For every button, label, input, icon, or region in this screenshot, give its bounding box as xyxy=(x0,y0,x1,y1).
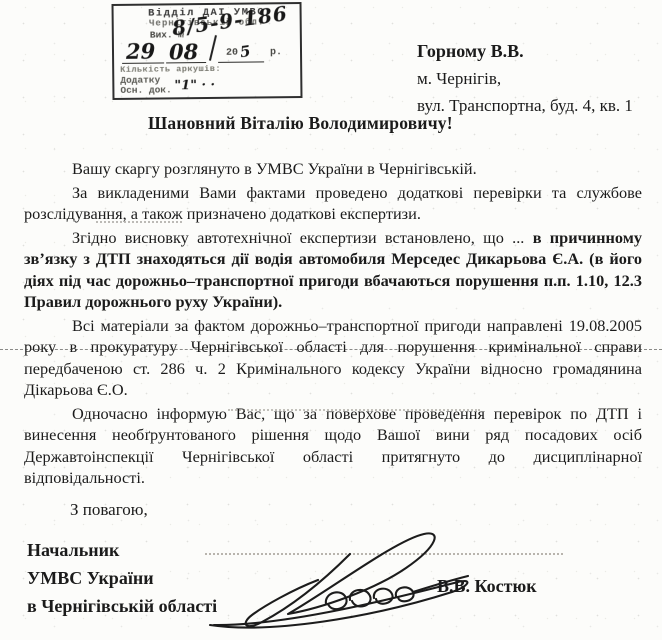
stamp-sheets-label: Кількість аркушів: xyxy=(120,64,221,75)
scan-artifact-dotted-line xyxy=(96,221,182,223)
signer-post-line2: УМВС України xyxy=(27,564,217,592)
registration-stamp: Відділ ДАІ УМВС Чернігівській обл. Вих. … xyxy=(112,2,303,100)
paragraph-2: За викладеними Вами фактами проведено до… xyxy=(24,182,642,225)
paragraph-1: Вашу скаргу розглянуто в УМВС України в … xyxy=(24,158,642,180)
stamp-year-prefix: 20 xyxy=(226,48,238,59)
closing-regards: З повагою, xyxy=(70,500,148,520)
paragraph-4: Всі матеріали за фактом дорожньо–транспо… xyxy=(24,315,642,401)
signer-post-line3: в Чернігівській області xyxy=(27,592,217,620)
scan-artifact-dashed-line xyxy=(0,349,662,350)
recipient-city: м. Чернігів, xyxy=(417,65,633,92)
paragraph-5: Одночасно інформую Вас, що за поверхове … xyxy=(24,403,642,489)
stamp-main-doc-label: Осн. док. xyxy=(120,84,171,96)
stamp-date-day-handwritten: 29 xyxy=(126,39,155,64)
stamp-year-digit-handwritten: 5 xyxy=(239,42,252,61)
recipient-name: Горному В.В. xyxy=(417,38,633,65)
signer-name: В.В. Костюк xyxy=(437,576,537,597)
scan-artifact-dotted-line xyxy=(228,409,480,411)
letter-body: Вашу скаргу розглянуто в УМВС України в … xyxy=(24,158,642,491)
stamp-blank-line xyxy=(218,61,264,62)
paragraph-3: Згідно висновку автотехнічної експертизи… xyxy=(24,227,642,313)
recipient-block: Горному В.В. м. Чернігів, вул. Транспорт… xyxy=(417,38,633,119)
pen-stroke xyxy=(209,35,217,61)
stamp-date-month-handwritten: 08 xyxy=(169,39,198,64)
paragraph-3-normal: Згідно висновку автотехнічної експертизи… xyxy=(72,228,533,247)
stamp-main-doc-value-handwritten: "1" · · xyxy=(174,78,215,93)
stamp-year-suffix: р. xyxy=(270,47,282,58)
signer-post-line1: Начальник xyxy=(27,536,217,564)
salutation: Шановний Віталію Володимировичу! xyxy=(148,113,453,134)
letter-page: Відділ ДАІ УМВС Чернігівській обл. Вих. … xyxy=(0,0,662,640)
signature-scribble xyxy=(200,512,495,637)
signer-post-block: Начальник УМВС України в Чернігівській о… xyxy=(27,536,217,620)
